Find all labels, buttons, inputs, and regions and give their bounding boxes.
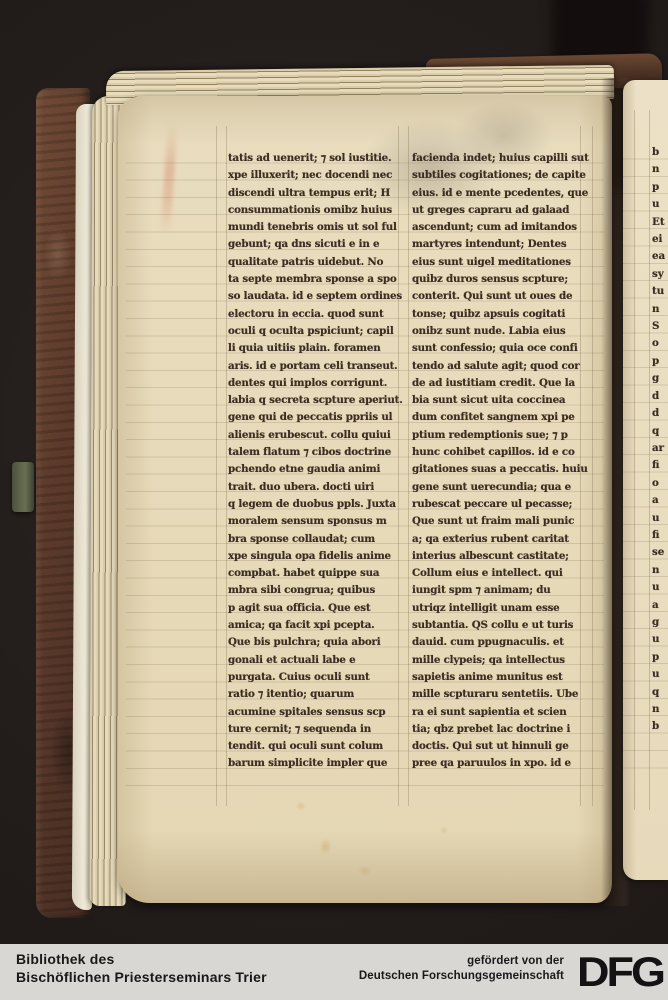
manuscript-page-recto-partial: bnpuEteieasytunSopgddqarfioaufisenuagupu… — [623, 80, 668, 880]
manuscript-text-line: sunt confessio; quia oce confi — [412, 340, 594, 357]
manuscript-text-line: xpe illuxerit; nec docendi nec — [228, 167, 400, 184]
manuscript-text-line: labia q secreta scpture aperiut. — [228, 392, 400, 409]
manuscript-text-fragment: u — [652, 510, 668, 527]
manuscript-text-line: iungit spm ⁊ animam; du — [412, 582, 594, 599]
manuscript-text-fragment: fi — [652, 527, 668, 544]
manuscript-text-fragment: S — [652, 318, 668, 335]
manuscript-text-line: gene qui de peccatis ppriis ul — [228, 409, 400, 426]
manuscript-text-line: tendit. qui oculi sunt colum — [228, 738, 400, 755]
manuscript-text-line: de ad iustitiam credit. Que la — [412, 375, 594, 392]
manuscript-text-line: subtiles cogitationes; de capite — [412, 167, 594, 184]
manuscript-text-fragment: ei — [652, 231, 668, 248]
manuscript-text-fragment: u — [652, 666, 668, 683]
funding-line1: gefördert von der — [359, 954, 564, 969]
manuscript-text-line: ta septe membra sponse a spo — [228, 271, 400, 288]
manuscript-text-line: ptium redemptionis sue; ⁊ p — [412, 427, 594, 444]
vertical-ruling-line — [226, 126, 227, 806]
library-name-line1: Bibliothek des — [16, 950, 267, 968]
manuscript-text-line: barum simplicite impler que — [228, 755, 400, 772]
manuscript-text-line: p agit sua officia. Que est — [228, 600, 400, 617]
manuscript-text-fragment: b — [652, 718, 668, 735]
manuscript-text-fragment: n — [652, 562, 668, 579]
manuscript-text-line: gebunt; qa dns sicuti e in e — [228, 236, 400, 253]
manuscript-text-line: pchendo etne gaudia animi — [228, 461, 400, 478]
manuscript-text-line: ture cernit; ⁊ sequenda in — [228, 721, 400, 738]
manuscript-text-line: rubescat peccare ul pecasse; — [412, 496, 594, 513]
manuscript-text-line: conterit. Qui sunt ut oues de — [412, 288, 594, 305]
funding-credit: gefördert von der Deutschen Forschungsge… — [359, 954, 564, 984]
manuscript-text-line: tonse; quibz apsuis cogitati — [412, 306, 594, 323]
manuscript-text-fragment: g — [652, 614, 668, 631]
manuscript-text-line: alienis erubescut. collu quiui — [228, 427, 400, 444]
manuscript-text-line: a; qa exterius rubent caritat — [412, 531, 594, 548]
manuscript-text-line: aris. id e portam celi transeut. — [228, 358, 400, 375]
manuscript-text-line: ratio ⁊ itentio; quarum — [228, 686, 400, 703]
manuscript-text-fragment: p — [652, 649, 668, 666]
manuscript-text-line: ascendunt; cum ad imitandos — [412, 219, 594, 236]
manuscript-text-line: q legem de duobus ppls. Juxta — [228, 496, 400, 513]
manuscript-text-line: xpe singula opa fidelis anime — [228, 548, 400, 565]
manuscript-text-line: quibz duros sensus scpture; — [412, 271, 594, 288]
manuscript-text-fragment: n — [652, 161, 668, 178]
manuscript-text-line: compbat. habet quippe sua — [228, 565, 400, 582]
vertical-ruling-line — [216, 126, 217, 806]
manuscript-text-line: mundi tenebris omis ut sol ful — [228, 219, 400, 236]
vertical-ruling-line — [634, 110, 635, 810]
manuscript-text-line: bra sponse collaudat; cum — [228, 531, 400, 548]
digitized-manuscript-scan: tatis ad uenerit; ⁊ sol iustitie.xpe ill… — [0, 0, 668, 1000]
recto-text-edge-fragments: bnpuEteieasytunSopgddqarfioaufisenuagupu… — [652, 144, 668, 736]
manuscript-text-line: electoru in eccia. quod sunt — [228, 306, 400, 323]
manuscript-text-line: dauid. cum ppugnaculis. et — [412, 634, 594, 651]
manuscript-text-line: eius sunt uigel meditationes — [412, 254, 594, 271]
manuscript-text-line: mille scpturaru sentetiis. Ube — [412, 686, 594, 703]
manuscript-text-fragment: a — [652, 492, 668, 509]
manuscript-text-line: utriqz intelligit unam esse — [412, 600, 594, 617]
manuscript-text-fragment: q — [652, 684, 668, 701]
manuscript-text-line: talem flatum ⁊ cibos doctrine — [228, 444, 400, 461]
manuscript-text-line: amica; qa facit xpi pcepta. — [228, 617, 400, 634]
manuscript-text-fragment: g — [652, 370, 668, 387]
manuscript-text-fragment: sy — [652, 266, 668, 283]
manuscript-text-line: gene sunt uerecundia; qua e — [412, 479, 594, 496]
manuscript-text-line: tia; qbz prebet lac doctrine i — [412, 721, 594, 738]
funding-line2: Deutschen Forschungsgemeinschaft — [359, 969, 564, 984]
manuscript-page-verso: tatis ad uenerit; ⁊ sol iustitie.xpe ill… — [118, 96, 612, 903]
manuscript-text-fragment: a — [652, 597, 668, 614]
clasp-fitting — [12, 462, 34, 512]
text-column-right: facienda indet; huius capilli sutsubtile… — [412, 150, 594, 773]
vertical-ruling-line — [649, 110, 650, 810]
manuscript-text-fragment: ea — [652, 248, 668, 265]
manuscript-text-line: tendo ad salute agit; quod cor — [412, 358, 594, 375]
manuscript-text-line: mbra sibi congrua; quibus — [228, 582, 400, 599]
manuscript-text-line: bia sunt sicut uita coccinea — [412, 392, 594, 409]
manuscript-text-fragment: se — [652, 544, 668, 561]
manuscript-text-fragment: p — [652, 179, 668, 196]
manuscript-text-line: doctis. Qui sut ut hinnuli ge — [412, 738, 594, 755]
manuscript-text-line: li quia uitiis plain. foramen — [228, 340, 400, 357]
manuscript-text-line: sapietis anime munitus est — [412, 669, 594, 686]
manuscript-text-line: moralem sensum sponsus m — [228, 513, 400, 530]
manuscript-text-line: so laudata. id e septem ordines — [228, 288, 400, 305]
manuscript-text-line: purgata. Cuius oculi sunt — [228, 669, 400, 686]
manuscript-text-line: Collum eius e intellect. qui — [412, 565, 594, 582]
manuscript-text-line: qualitate patris uidebut. No — [228, 254, 400, 271]
manuscript-text-line: facienda indet; huius capilli sut — [412, 150, 594, 167]
manuscript-text-line: consummationis omibz huius — [228, 202, 400, 219]
manuscript-text-line: ra ei sunt sapientia et scien — [412, 704, 594, 721]
manuscript-text-line: ut greges capraru ad galaad — [412, 202, 594, 219]
manuscript-text-line: gonali et actuali labe e — [228, 652, 400, 669]
library-name-line2: Bischöflichen Priesterseminars Trier — [16, 968, 267, 986]
manuscript-text-fragment: fi — [652, 457, 668, 474]
manuscript-text-fragment: Et — [652, 214, 668, 231]
manuscript-text-line: acumine spitales sensus scp — [228, 704, 400, 721]
manuscript-text-line: onibz sunt nude. Labia eius — [412, 323, 594, 340]
manuscript-text-fragment: n — [652, 301, 668, 318]
manuscript-text-line: pree qa paruulos in xpo. id e — [412, 755, 594, 772]
manuscript-text-fragment: u — [652, 196, 668, 213]
manuscript-text-line: subtantia. QS collu e ut turis — [412, 617, 594, 634]
manuscript-text-fragment: d — [652, 388, 668, 405]
manuscript-text-line: gitationes suas a peccatis. huiu — [412, 461, 594, 478]
manuscript-text-line: tatis ad uenerit; ⁊ sol iustitie. — [228, 150, 400, 167]
digitization-footer-bar: Bibliothek des Bischöflichen Priestersem… — [0, 944, 668, 1000]
manuscript-text-fragment: tu — [652, 283, 668, 300]
manuscript-text-fragment: u — [652, 579, 668, 596]
manuscript-text-line: hunc cohibet capillos. id e co — [412, 444, 594, 461]
manuscript-text-line: oculi q oculta pspiciunt; capil — [228, 323, 400, 340]
manuscript-text-line: trait. duo ubera. docti uiri — [228, 479, 400, 496]
manuscript-text-line: mille clypeis; qa intellectus — [412, 652, 594, 669]
manuscript-text-line: eius. id e mente pcedentes, que — [412, 185, 594, 202]
manuscript-text-line: Que bis pulchra; quia abori — [228, 634, 400, 651]
library-name: Bibliothek des Bischöflichen Priestersem… — [16, 950, 267, 986]
manuscript-text-line: Que sunt ut fraim mali punic — [412, 513, 594, 530]
manuscript-text-fragment: d — [652, 405, 668, 422]
vertical-ruling-line — [408, 126, 409, 806]
manuscript-text-line: interius albescunt castitate; — [412, 548, 594, 565]
manuscript-text-fragment: o — [652, 475, 668, 492]
manuscript-text-fragment: q — [652, 423, 668, 440]
manuscript-text-fragment: p — [652, 353, 668, 370]
manuscript-text-line: dentes qui implos corrigunt. — [228, 375, 400, 392]
manuscript-text-line: dum confitet sangnem xpi pe — [412, 409, 594, 426]
text-column-left: tatis ad uenerit; ⁊ sol iustitie.xpe ill… — [228, 150, 400, 773]
dfg-logo: DFG — [577, 948, 663, 996]
manuscript-text-fragment: u — [652, 631, 668, 648]
manuscript-text-fragment: o — [652, 335, 668, 352]
manuscript-text-line: discendi ultra tempus erit; H — [228, 185, 400, 202]
manuscript-text-fragment: b — [652, 144, 668, 161]
photo-background: tatis ad uenerit; ⁊ sol iustitie.xpe ill… — [0, 0, 668, 944]
manuscript-text-line: martyres intendunt; Dentes — [412, 236, 594, 253]
manuscript-text-fragment: n — [652, 701, 668, 718]
manuscript-text-fragment: ar — [652, 440, 668, 457]
